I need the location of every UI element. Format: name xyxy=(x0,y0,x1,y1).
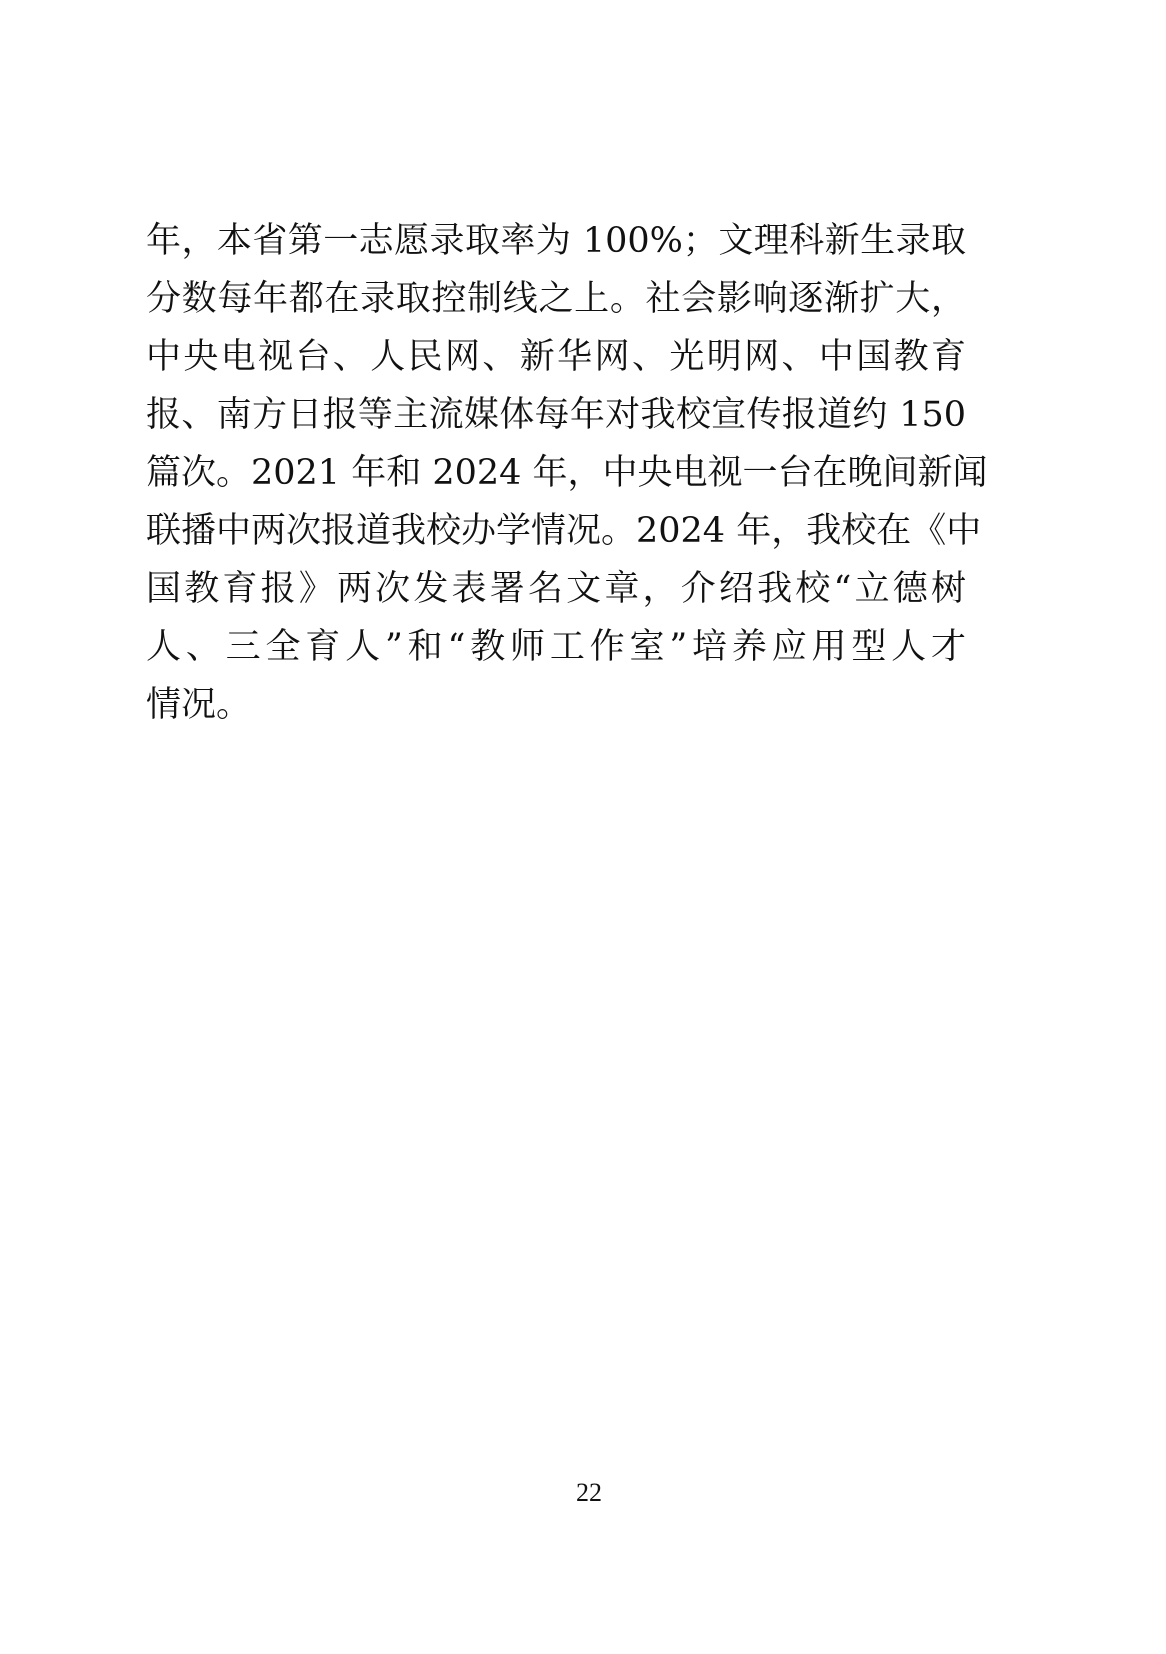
paragraph-line: 中央电视台、人民网、新华网、光明网、中国教育 xyxy=(146,328,966,386)
document-page: 年，本省第一志愿录取率为 100%；文理科新生录取 分数每年都在录取控制线之上。… xyxy=(0,0,1166,1654)
paragraph-line: 国教育报》两次发表署名文章，介绍我校“立德树 xyxy=(146,560,966,618)
paragraph-line: 报、南方日报等主流媒体每年对我校宣传报道约 150 xyxy=(146,386,966,444)
body-paragraph: 年，本省第一志愿录取率为 100%；文理科新生录取 分数每年都在录取控制线之上。… xyxy=(146,212,966,734)
paragraph-line: 年，本省第一志愿录取率为 100%；文理科新生录取 xyxy=(146,212,966,270)
paragraph-line: 情况。 xyxy=(146,676,966,734)
paragraph-line: 篇次。2021 年和 2024 年，中央电视一台在晚间新闻 xyxy=(146,444,966,502)
paragraph-line: 联播中两次报道我校办学情况。2024 年，我校在《中 xyxy=(146,502,966,560)
paragraph-line: 分数每年都在录取控制线之上。社会影响逐渐扩大， xyxy=(146,270,966,328)
paragraph-line: 人、三全育人”和“教师工作室”培养应用型人才 xyxy=(146,618,966,676)
page-number: 22 xyxy=(0,1478,1166,1508)
